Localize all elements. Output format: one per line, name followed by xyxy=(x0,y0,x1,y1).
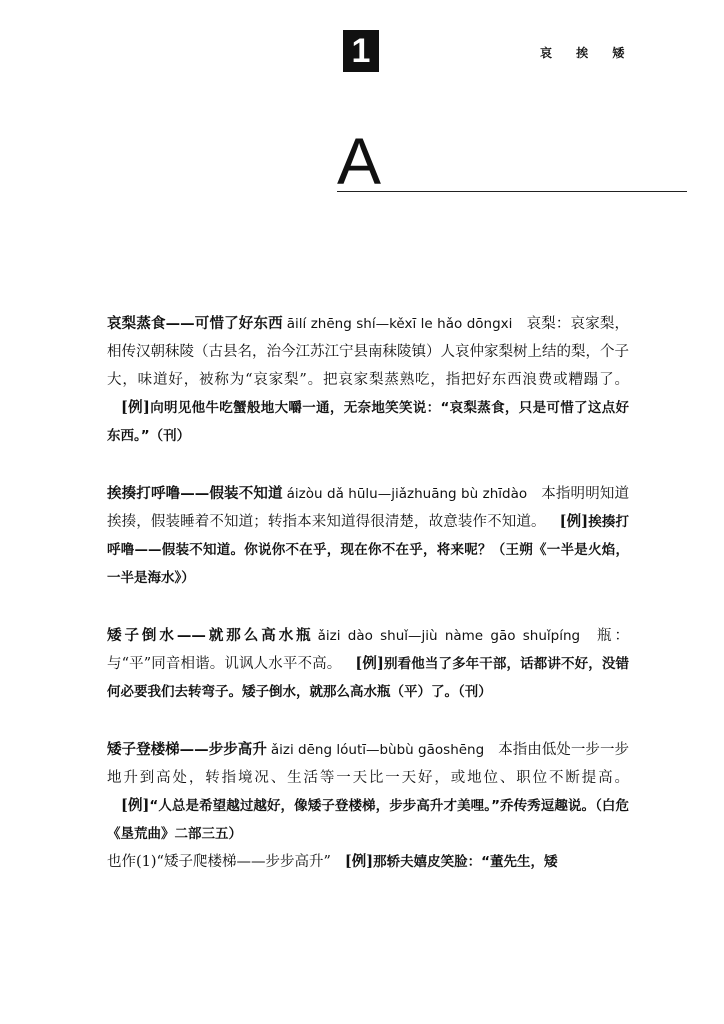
section-letter: A xyxy=(337,128,381,194)
dictionary-entry: 挨揍打呼噜——假装不知道áizòu dǎ hūlu—jiǎzhuāng bù z… xyxy=(107,480,629,592)
entry-pinyin: ǎizi dēng lóutī—bùbù gāoshēng xyxy=(271,742,484,758)
entry-headword: 哀梨蒸食——可惜了好东西 xyxy=(107,316,283,332)
example-label: [例] xyxy=(560,513,588,530)
entry-example: 向明见他牛吃蟹般地大嚼一通，无奈地笑笑说：“哀梨蒸食，只是可惜了这点好东西。”（… xyxy=(107,400,629,444)
entry-headword: 矮子登楼梯——步步高升 xyxy=(107,742,267,758)
entry-pinyin: ǎizi dào shuǐ—jiù nàme gāo shuǐpíng xyxy=(318,628,580,644)
example-label: [例] xyxy=(345,853,373,870)
running-head: 哀 挨 矮 xyxy=(540,44,634,61)
dictionary-entry: 矮子登楼梯——步步高升ǎizi dēng lóutī—bùbù gāoshēng… xyxy=(107,736,629,876)
entry-headword: 挨揍打呼噜——假装不知道 xyxy=(107,486,283,502)
entries-list: 哀梨蒸食——可惜了好东西āilí zhēng shí—kěxī le hǎo d… xyxy=(107,310,629,906)
dictionary-entry: 矮子倒水——就那么高水瓶ǎizi dào shuǐ—jiù nàme gāo s… xyxy=(107,622,629,706)
example-label: [例] xyxy=(121,797,149,814)
dictionary-entry: 哀梨蒸食——可惜了好东西āilí zhēng shí—kěxī le hǎo d… xyxy=(107,310,629,450)
variant-example: 那轿夫嬉皮笑脸：“董先生，矮 xyxy=(373,854,557,870)
example-label: [例] xyxy=(355,655,383,672)
example-label: [例] xyxy=(121,399,150,416)
entry-pinyin: áizòu dǎ hūlu—jiǎzhuāng bù zhīdào xyxy=(287,486,527,502)
variant-text: 也作(1)“矮子爬楼梯——步步高升” xyxy=(107,854,331,870)
entry-pinyin: āilí zhēng shí—kěxī le hǎo dōngxi xyxy=(287,316,513,332)
page-number: 1 xyxy=(352,34,371,68)
page-number-block: 1 xyxy=(343,30,379,72)
entry-headword: 矮子倒水——就那么高水瓶 xyxy=(107,628,314,644)
section-rule xyxy=(337,191,687,192)
entry-example: “人总是希望越过越好，像矮子登楼梯，步步高升才美哩。”乔传秀逗趣说。（白危《垦荒… xyxy=(107,798,629,842)
